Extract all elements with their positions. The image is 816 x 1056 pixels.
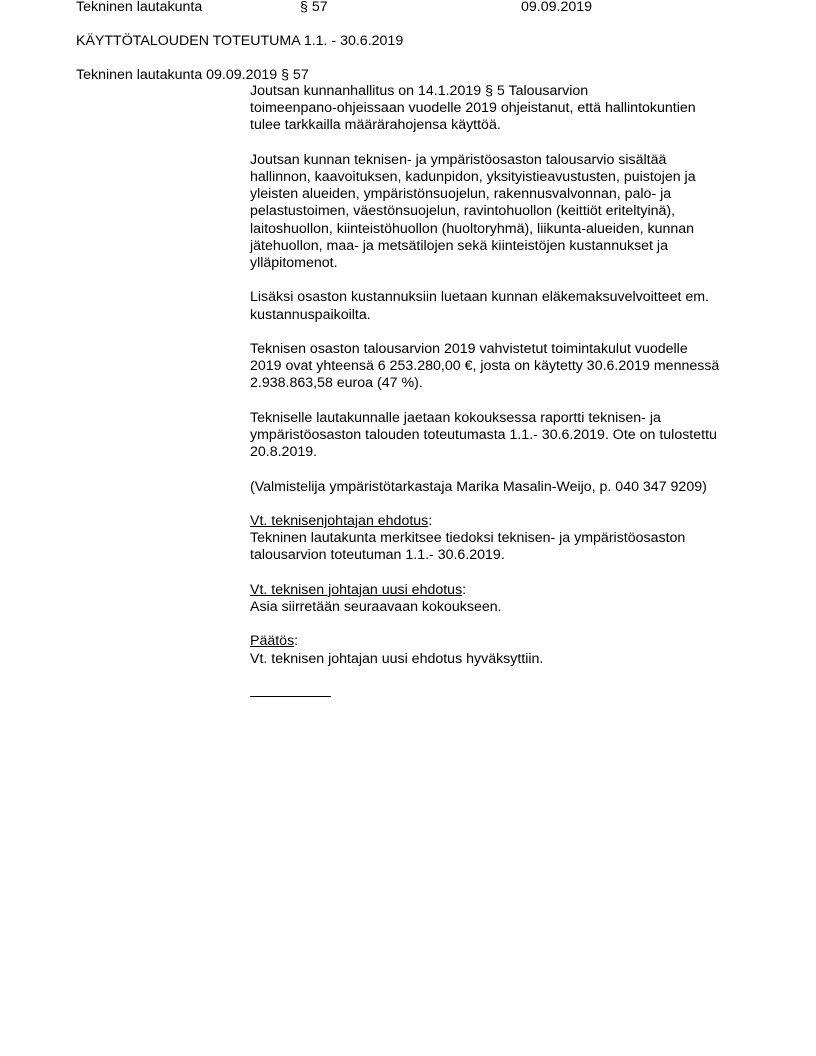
heading-colon: : <box>428 513 432 529</box>
decision-heading-text: Päätös <box>250 633 294 649</box>
proposal-section: Vt. teknisenjohtajan ehdotus: Tekninen l… <box>250 513 750 565</box>
meeting-reference: Tekninen lautakunta 09.09.2019 § 57 <box>76 67 309 84</box>
header-section-number: § 57 <box>300 0 328 16</box>
proposal-text: Tekninen lautakunta merkitsee tiedoksi t… <box>250 530 750 564</box>
document-title: KÄYTTÖTALOUDEN TOTEUTUMA 1.1. - 30.6.201… <box>76 33 403 50</box>
new-proposal-text: Asia siirretään seuraavaan kokoukseen. <box>250 599 750 616</box>
proposal-heading-text: Vt. teknisenjohtajan ehdotus <box>250 513 428 529</box>
proposal-heading: Vt. teknisenjohtajan ehdotus: <box>250 513 750 530</box>
document-body: Joutsan kunnanhallitus on 14.1.2019 § 5 … <box>250 83 750 702</box>
new-proposal-heading-text: Vt. teknisen johtajan uusi ehdotus <box>250 582 462 598</box>
paragraph-instructions: Joutsan kunnanhallitus on 14.1.2019 § 5 … <box>250 83 750 135</box>
decision-section: Päätös: Vt. teknisen johtajan uusi ehdot… <box>250 633 750 667</box>
heading-colon: : <box>294 633 298 649</box>
paragraph-budget-figures: Teknisen osaston talousarvion 2019 vahvi… <box>250 341 750 393</box>
header-board-name: Tekninen lautakunta <box>76 0 202 16</box>
heading-colon: : <box>462 582 466 598</box>
new-proposal-heading: Vt. teknisen johtajan uusi ehdotus: <box>250 582 750 599</box>
paragraph-pension-costs: Lisäksi osaston kustannuksiin luetaan ku… <box>250 289 750 323</box>
new-proposal-section: Vt. teknisen johtajan uusi ehdotus: Asia… <box>250 582 750 616</box>
paragraph-budget-scope: Joutsan kunnan teknisen- ja ympäristöosa… <box>250 152 750 272</box>
decision-heading: Päätös: <box>250 633 750 650</box>
paragraph-report: Tekniselle lautakunnalle jaetaan kokouks… <box>250 410 750 462</box>
end-divider-line <box>250 696 331 697</box>
decision-text: Vt. teknisen johtajan uusi ehdotus hyväk… <box>250 651 750 668</box>
paragraph-preparer: (Valmistelija ympäristötarkastaja Marika… <box>250 479 750 496</box>
header-date: 09.09.2019 <box>521 0 592 16</box>
